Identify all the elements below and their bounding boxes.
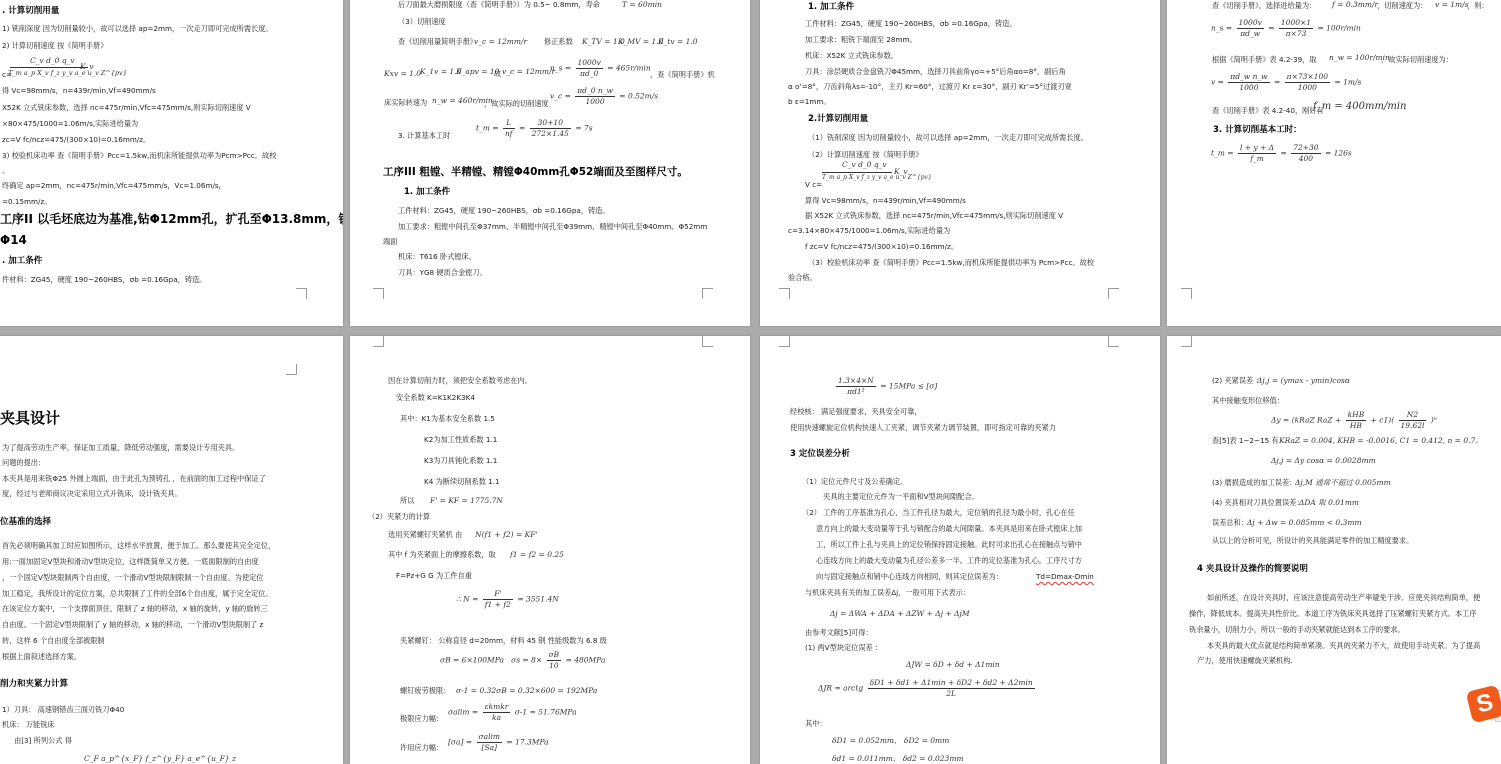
text-line: 用:一面加固定V型块和滑动V型块定位，这样既简单又方便。一底面限制的自由度: [2, 557, 259, 567]
text-line: 1) 铣削深度 因为切削量较小，故可以选择 ap=2mm，一次走刀即可完成所需长…: [2, 24, 273, 34]
formula-partial: C_F a_p^{x_F} f_z^{y_F} a_e^{u_F} z: [84, 754, 236, 764]
text-line: 刀具：涂层硬质合金盘铣刀Φ45mm，选择刀具前角γo=+5°后角αo=8°，副后…: [805, 67, 1066, 77]
formula-v: v_c = πd_0 n_w1000 = 0.52m/s: [550, 86, 658, 107]
text-line: 机床：X52K 立式铣床参数。: [805, 51, 898, 61]
formula-vals1: δD1 = 0.052mm， δD2 = 0mm: [832, 736, 949, 746]
text-line: 查《切削手册》表 4.2-40，刚好有: [1212, 106, 1324, 116]
sub-heading: 1. 加工条件: [808, 2, 854, 12]
text-line: 产力，使用快速螺旋夹紧机构.: [1197, 656, 1293, 666]
formula-k3: K_tv = 1.0: [658, 37, 698, 47]
formula-fatigue: σ-1 = 0.32σB = 0.32×600 = 192MPa: [456, 686, 597, 696]
text-line: 终确定 ap=2mm，nc=475r/min,Vfc=475mm/s，Vc=1.…: [2, 181, 226, 191]
text-line: K3为刀具钝化系数 1.1: [424, 456, 497, 466]
text-line: 得 Vc=98mm/s，n=439r/min,Vf=490mm/s: [2, 86, 156, 96]
sub-heading: . 加工条件: [2, 256, 42, 266]
text-line: X52K 立式铣床参数，选择 nc=475r/min,Vfc=475mm/s,则…: [2, 103, 251, 113]
text-line: 心连线方向上的最大变动量为孔径公差多一半。工件的定位基准为孔心。工序尺寸方: [816, 556, 1082, 566]
text-line: （3）校验机床功率 查《简明手册》Pcc=1.5kw,而机床所能提供功率为 Pc…: [808, 258, 1094, 268]
text-line: 转，这样 6 个自由度全部被限制: [2, 636, 105, 646]
text-line: 查《切削用量简明手册》: [398, 37, 477, 47]
formula-delta-cos: Δj,j = Δy cosα = 0.0028mm: [1271, 456, 1376, 466]
text-line: 其中：: [805, 719, 827, 729]
formula-limit-amp: σalim = εkmkrka σ-1 = 51.76MPa: [448, 702, 577, 723]
formula-delta-jw: ΔJW = δD + δd + Δ1min: [906, 660, 1000, 670]
text-line: 3. 计算基本工时: [398, 131, 450, 141]
text-line: 工，所以工件上孔与夹具上的定位销保持固定接触。此时可求出孔心在接触点与销中: [816, 540, 1082, 550]
text-line: zc=V fc/ncz=475/(300×10)=0.16mm/z。: [2, 135, 150, 145]
text-line: 刀具：YG8 硬质合金镗刀。: [398, 268, 487, 278]
text-line: 夹具的主要定位元件为一平面和V型块间隙配合。: [823, 492, 979, 502]
text-line: ，一个固定V型块限制两个自由度，一个滑动V型块限制限制一个自由度。为使定位: [2, 573, 263, 583]
text-line: 据 X52K 立式铣床参数，选择 nc=475r/min,Vfc=475mm/s…: [805, 211, 1063, 221]
formula-ns: n_s = 1000vπd_0 = 465r/min: [550, 58, 651, 79]
text-line: 在该定位方案中，一个支撑面顶住，限制了 z 轴的移动，x 轴的旋转，y 轴的旋转…: [2, 604, 268, 614]
text-line: 误差总和：: [1212, 518, 1248, 528]
text-line: c=: [2, 70, 12, 80]
formula-contact: Δy = (kRaZ RaZ + kHBHB + c1)( N219.62l )…: [1271, 410, 1437, 431]
text-line: 问题的提出：: [2, 458, 45, 468]
text-line: K4 为断续切削系数 1.1: [424, 477, 500, 487]
text-line: 2) 计算切削速度 按《简明手册》: [2, 41, 107, 51]
text-line: 与机床夹具有关的加工误差Δj，一般可用下式表示：: [805, 588, 970, 598]
text-line: 验合格。: [788, 273, 817, 283]
text-line: （1）铣削深度 因为切削量较小，故可以选择 ap=2mm，一次走刀即可完成所需长…: [808, 133, 1088, 143]
formula-v-actual: v = πd_w n_w1000 = π×73×1001000 = 1m/s: [1211, 72, 1361, 93]
text-line: （2） 工件的工序基准为孔心，当工件孔径为最大，定位销的孔径为最小时，孔心在任: [802, 508, 1075, 518]
text-line: (4) 夹具相对刀具位置误差：: [1212, 498, 1304, 508]
margin-corner-mark: [1108, 288, 1119, 299]
document-page-2: 后刀面最大磨损限度（查《简明手册》）为 0.5~ 0.8mm，寿命 T = 60…: [350, 0, 750, 326]
text-line: 选用夹紧螺钉夹紧机 由: [388, 530, 462, 540]
section-heading: 2.计算切削用量: [808, 114, 868, 124]
formula-N: ∴ N = F'f1 + f2 = 3551.4N: [456, 589, 559, 610]
text-line: 根据《简明手册》表 4.2-39，取: [1212, 55, 1317, 65]
text-line: 算得 Vc=98mm/s，n=439r/min,Vf=490mm/s: [805, 196, 966, 206]
formula-wear: Δj,M 通常不超过 0.005mm: [1295, 478, 1391, 488]
text-line: 加工要求：粗镗中间孔至Φ37mm、半精镗中间孔至Φ39mm、精镗中间孔至Φ40m…: [398, 222, 707, 232]
text-line: 3) 校验机床功率 查《简明手册》Pcc=1.5kw,而机床所能提供功率为Pcm…: [2, 151, 276, 161]
formula-delta-sum: Δj = ΔWA + ΔDA + ΔZW + Δj + ΔjM: [830, 609, 970, 619]
document-page-7: 1.3×4×Nπd1² = 15MPa ≤ [σ] 经校核： 满足强度要求，夹具…: [760, 336, 1160, 764]
formula-denominator: T_m a_p X_v f_z y_v a_e u_v Z^{pv}: [822, 173, 932, 183]
formula-friction-value: f1 = f2 = 0.25: [510, 550, 564, 560]
margin-corner-mark: [286, 364, 297, 375]
text-line: α o’=8°，刀齿斜角λs=-10°，主刃 Kr=60°，过渡刃 Kr ε=3…: [788, 82, 1072, 92]
section-heading: 3. 计算切削基本工时：: [1213, 125, 1302, 135]
text-line: =0.15mm/z。: [2, 197, 51, 207]
formula-kapv: K_apv = 10: [456, 67, 499, 77]
section-heading: . 计算切削用量: [2, 6, 59, 16]
text-line: 其中接触变形位移值：: [1212, 396, 1284, 406]
text-line: 查《切削手册》，选择进给量为：: [1212, 1, 1316, 11]
formula-tm: t_m = Lnf = 30+10272×1.45 = 7s: [476, 118, 593, 139]
formula-numerator: C_v d_0 q_v: [842, 160, 887, 170]
text-line: ，切削速度为：: [1377, 1, 1427, 11]
text-line: （1）定位元件尺寸及公差确定。: [802, 477, 907, 487]
formula-table-vals: KRaZ = 0.004, KHB = -0.0016, C1 = 0.412,…: [1279, 436, 1483, 446]
formula-allow-amp: [σa] = σalim[Sa] = 17.3MPa: [448, 732, 549, 753]
text-line: 安全系数 K=K1K2K3K4: [396, 393, 475, 403]
text-line: 本夹具是用来铣Φ25 外圆上端面，由于此孔为预铸孔 ，在前面的加工过程中保证了: [2, 474, 266, 484]
text-line: V c=: [805, 180, 822, 190]
operation-heading-cont: Φ14: [0, 232, 27, 248]
operation-heading: 工序III 粗镗、半精镗、精镗Φ40mm孔Φ52端面及至图样尺寸。: [383, 164, 688, 180]
formula-friction: N(f1 + f2) = KF': [475, 530, 537, 540]
text-line: 从以上的分析可见，所设计的夹具能满足零件的加工精度要求。: [1212, 536, 1413, 546]
text-line: 如前所述，在设计夹具时，应该注意提高劳动生产率避免干涉。应使夹具结构简单，便: [1207, 593, 1480, 603]
text-line: 由参考文献[5]可得：: [805, 628, 873, 638]
formula-vc: v_c = 12mm/r: [474, 37, 527, 47]
text-line: 使用快速螺旋定位机构快速人工夹紧，调节夹紧力调节装置，即可指定可靠的夹紧力: [790, 423, 1056, 433]
section-heading: 4 夹具设计及操作的简要说明: [1197, 564, 1308, 574]
text-line: (3) 磨损造成的加工误差：: [1212, 478, 1296, 488]
document-page-1: . 计算切削用量 1) 铣削深度 因为切削量较小，故可以选择 ap=2mm，一次…: [0, 0, 343, 326]
formula-denominator: T_m a_p X_v f_z y_v a_e u_v Z^{pv}: [8, 68, 127, 78]
margin-corner-mark: [779, 336, 790, 347]
formula-v: v = 1m/s: [1435, 0, 1469, 10]
text-line: 其中：K1为基本安全系数 1.5: [400, 414, 495, 424]
text-line: 端面: [383, 237, 397, 247]
section-heading: 位基准的选择: [0, 517, 51, 527]
formula-vc2: v_c = 12mm/r: [502, 67, 555, 77]
text-line: 所以: [400, 496, 414, 506]
margin-corner-mark: [1181, 336, 1192, 347]
text-line: 工件材料：ZG45，硬度 190~260HBS，σb =0.16Gpa，铸造。: [398, 206, 610, 216]
formula-F: F' = KF = 1775.7N: [430, 496, 503, 506]
text-line: ，故实际的切削速度: [484, 99, 549, 109]
text-line: 其中 f 为夹紧面上的摩擦系数，取: [388, 550, 496, 560]
text-line: 。: [2, 166, 9, 176]
formula-sigma: σB = 6×100MPa σs = 8× σB10 = 480MPa: [440, 650, 605, 671]
text-line: 根据上面叙述选择方案。: [2, 652, 81, 662]
section-heading: 3 定位误差分析: [790, 449, 850, 459]
text-line: 加工要求：粗铣下端面至 28mm。: [805, 35, 917, 45]
formula-tm: t_m = l + y + Δf_m = 72+30400 = 126s: [1211, 143, 1352, 164]
text-line: 螺钉疲劳极限：: [400, 686, 450, 696]
text-line: K2为加工性质系数 1.1: [424, 435, 497, 445]
formula-clamp-err: Δj,j = (ymax - ymin)cosα: [1257, 376, 1350, 386]
formula-k: K_v: [894, 167, 908, 177]
text-line: (2) 夹紧误差 ：: [1212, 376, 1263, 386]
text-line: ，查《简明手册》机: [650, 70, 715, 80]
text-line: c=3.14×80×475/1000=1.06m/s,实际进给量为: [788, 226, 950, 236]
margin-corner-mark: [296, 288, 307, 299]
formula-delta-jr: ΔJR = arctg δD1 + δd1 + Δ1min + δD2 + δd…: [818, 678, 1037, 699]
text-line: 经校核： 满足强度要求，夹具安全可靠，: [790, 407, 922, 417]
formula-fm: f_m = 400mm/min: [1313, 102, 1406, 112]
text-line: 意方向上的最大变动量等于孔与销配合的最大间隙量。本夹具是用来在卧式镗床上加: [816, 524, 1082, 534]
formula-ns: n_s = 1000vπd_w = 1000×1π×73 = 100r/min: [1211, 18, 1361, 39]
margin-corner-mark: [702, 288, 713, 299]
text-line: 由[3] 所列公式 得: [14, 736, 72, 746]
text-line: （2）夹紧力的计算: [368, 512, 430, 522]
text-line: 向与固定接触点和销中心连线方向相同，则其定位误差为：: [816, 572, 1003, 582]
text-line: 加工稳定，我所设计的定位方案，总共限制了工件的全部6个自由度，属于完全定位。: [2, 589, 273, 599]
chapter-title: 夹具设计: [0, 408, 60, 428]
text-line: 首先必须明确其加工时应如图所示，这样水平放置，便于加工。那么要使其完全定位，: [2, 541, 275, 551]
text-line: 夹紧螺钉： 公称直径 d=20mm，材料 45 钢 性能级数为 6.8 级: [400, 636, 607, 646]
text-line: F=Pz+G G 为工件自重: [396, 571, 472, 581]
margin-corner-mark: [1181, 288, 1192, 299]
margin-corner-mark: [702, 336, 713, 347]
text-line: ×80×475/1000=1.06m/s,实际进给量为: [2, 119, 138, 129]
formula-numerator: C_v d_0 q_v: [30, 56, 75, 66]
text-line: 查[5]表 1~2~15 有: [1212, 436, 1279, 446]
margin-corner-mark: [373, 336, 384, 347]
text-line: 为了提高劳动生产率，保证加工质量，降低劳动强度，需要设计专用夹具。: [2, 443, 239, 453]
text-line: 工件材料：ZG45，硬度 190~260HBS，σb =0.16Gpa，铸造。: [805, 19, 1017, 29]
operation-heading: 工序II 以毛坯底边为基准,钻Φ12mm孔，扩孔至Φ13.8mm，铰: [0, 211, 343, 227]
text-line: 极限应力幅：: [400, 714, 443, 724]
text-line: f zc=V fc/ncz=475/(300×10)=0.16mm/z。: [805, 242, 958, 252]
text-line: 许用应力幅：: [400, 743, 443, 753]
text-line: （2）计算切削速度 按《简明手册》: [808, 150, 923, 160]
formula-total: Δj + Δw = 0.085mm < 0.3mm: [1247, 518, 1362, 528]
margin-corner-mark: [1108, 336, 1119, 347]
text-line: 自由度。一个固定V型块限制了 y 轴的移动，x 轴的移动，一个滑动V型块限制了 …: [2, 620, 263, 630]
formula-T: T = 60min: [622, 0, 662, 10]
margin-corner-mark: [373, 288, 384, 299]
document-page-5: 夹具设计 为了提高劳动生产率，保证加工质量，降低劳动强度，需要设计专用夹具。 问…: [0, 336, 343, 764]
text-line: ，则：: [1467, 1, 1489, 11]
text-line: ，故实际切削速度为：: [1381, 55, 1453, 65]
text-line: (1) 两V型块定位误差 ：: [805, 643, 882, 653]
text-line: 后刀面最大磨损限度（查《简明手册》）为 0.5~ 0.8mm，寿命: [398, 0, 600, 10]
text-line: 机床：T616 卧式镗床。: [398, 252, 476, 262]
section-heading: 削力和夹紧力计算: [0, 679, 68, 689]
text-line: 度，经过与老师商议决定采用立式升铣床，设计铣夹具。: [2, 489, 182, 499]
document-page-6: 因在计算切削力时，须把安全系数考虑在内。 安全系数 K=K1K2K3K4 其中：…: [350, 336, 750, 764]
formula-f: f = 0.3mm/r: [1332, 0, 1378, 10]
sub-heading: 1. 加工条件: [404, 187, 450, 197]
text-line: 机床： 万能铣床: [2, 720, 55, 730]
text-line: 因在计算切削力时，须把安全系数考虑在内。: [388, 376, 532, 386]
formula-pos: ΔDA 取 0.01mm: [1299, 498, 1359, 508]
document-page-3: 1. 加工条件 工件材料：ZG45，硬度 190~260HBS，σb =0.16…: [760, 0, 1160, 326]
formula-kxv: Kxv = 1.0: [384, 69, 421, 79]
text-line: 故: [494, 69, 501, 79]
text-line: 1）刀具： 高速钢错齿三面刃铣刀Φ40: [2, 705, 124, 715]
margin-corner-mark: [779, 288, 790, 299]
document-page-4: 查《切削手册》，选择进给量为： f = 0.3mm/r ，切削速度为： v = …: [1167, 0, 1501, 326]
formula-td: Td=Dmax-Dmin: [1036, 572, 1094, 582]
text-line: 操作，降低成本。提高夹具性价比。本道工序为铣床夹具选择了压紧螺钉夹紧方式。本工序: [1189, 609, 1477, 619]
text-line: 床实际转速为: [384, 98, 427, 108]
text-line: （3）切削速度: [398, 17, 446, 27]
formula-k2: K_MV = 1.0: [618, 37, 663, 47]
text-line: 本夹具的最大优点就是结构简单紧凑。夹具的夹紧力不大，故使用手动夹紧。为了提高: [1207, 641, 1480, 651]
text-line: b ε=1mm。: [788, 97, 831, 107]
text-line: 件材料：ZG45，硬度 190~260HBS，σb =0.16Gpa，铸造。: [2, 275, 206, 285]
document-page-8: (2) 夹紧误差 ： Δj,j = (ymax - ymin)cosα 其中接触…: [1167, 336, 1501, 764]
text-line: 铣余量小，切削力小，所以一般的手动夹紧就能达到本工序的要求。: [1189, 625, 1405, 635]
formula-stress: 1.3×4×Nπd1² = 15MPa ≤ [σ]: [834, 376, 937, 397]
text-line: 修正系数: [544, 37, 573, 47]
formula-k: K_v: [80, 62, 94, 72]
formula-vals2: δd1 = 0.011mm， δd2 = 0.023mm: [832, 754, 964, 764]
